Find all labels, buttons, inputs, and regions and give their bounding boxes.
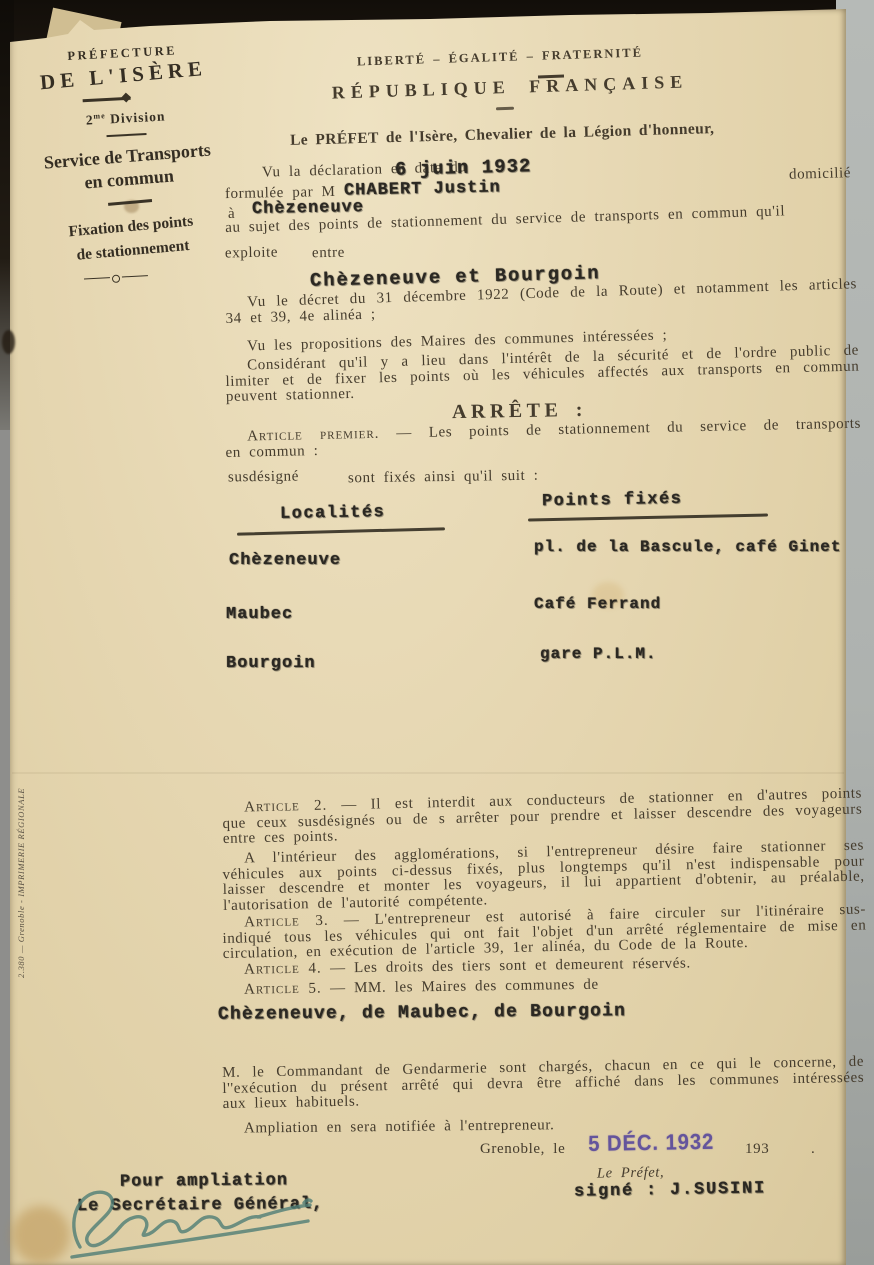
entre-label: entre [312,246,345,262]
article5-label: Article 5. [244,981,322,998]
paper-crease [12,772,844,774]
ornament-rule-2 [108,199,152,205]
division-sup: me [93,111,106,121]
article2-label: Article 2. [244,798,328,816]
signed-typed: signé : J.SUSINI [574,1179,766,1201]
declarant-name-typed: CHABERT Justin [344,178,501,200]
table-col2-header: Points fixés [542,490,683,511]
ornament-rule-1 [106,132,146,137]
secretary-signature [58,1183,428,1265]
table-col1-header: Localités [280,503,386,524]
letterhead-division: 2me Division [25,105,226,132]
table-row-localite: Maubec [226,605,293,624]
arrete-heading: ARRÊTE : [452,403,587,421]
division-word: Division [110,108,166,126]
letterhead: PRÉFECTURE DE L'ISÈRE 2me Division Servi… [22,41,234,286]
table-row-point: Café Ferrand [534,595,661,613]
article5-text: — MM. les Maires des communes de [330,977,599,997]
document-photo: PRÉFECTURE DE L'ISÈRE 2me Division Servi… [0,0,874,1265]
table-row-point: gare P.L.M. [540,645,657,663]
prefet-title: Le Préfet, [597,1165,664,1182]
table-row-localite: Chèzeneuve [229,551,341,570]
exploite-label: exploite [225,246,278,262]
year-printed: 193 . [745,1142,815,1158]
article3-label: Article 3. [244,913,329,931]
communes-typed: Chèzeneuve, de Maubec, de Bourgoin [218,1001,626,1025]
place-date-line: Grenoble, le [480,1142,565,1158]
susdesigne-word: susdésigné [228,470,299,486]
article4-label: Article 4. [244,961,322,978]
letterhead-service: Service de Transports en commun [27,137,230,199]
domicilie-label: domicilié [789,166,851,183]
letterhead-fixation: Fixation des points de stationnement [30,206,233,271]
printer-imprint: 2.380 — Grenoble - IMPRIMERIE RÉGIONALE [16,744,26,978]
table-row-localite: Bourgoin [226,654,316,673]
fixes-suit-text: sont fixés ainsi qu'il suit : [348,469,539,487]
table-row-point: pl. de la Bascule, café Ginet [534,538,841,556]
republic-ornament [496,107,514,111]
declaration-date-typed: 6 juin 1932 [395,155,532,181]
date-stamp: 5 DÉC. 1932 [588,1129,714,1157]
